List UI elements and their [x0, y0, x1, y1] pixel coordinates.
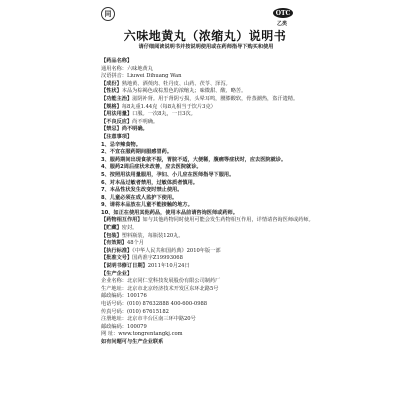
precautions-header: 【注意事项】 [101, 134, 316, 142]
precaution-item: 2、不宜在服药期间服感冒药。 [101, 149, 316, 157]
indications-row: 【功能主治】滋阴补肾。用于肾阴亏损，头晕耳鸣，腰膝酸软，骨蒸潮热，盗汗遗精。 [101, 96, 316, 104]
contra-row: 【禁忌】尚不明确。 [101, 126, 316, 134]
revision-label: 【说明书修订日期】 [101, 263, 148, 269]
precaution-item: 6、对本品过敏者禁用，过敏体质者慎用。 [101, 180, 316, 188]
validity-row: 【有效期】48个月 [101, 240, 316, 248]
indications-value: 滋阴补肾。用于肾阴亏损，头晕耳鸣，腰膝酸软，骨蒸潮热，盗汗遗精。 [132, 96, 298, 102]
document-title: 六味地黄丸（浓缩丸）说明书 [120, 27, 290, 44]
approval-row: 【批准文号】国药准字Z19993068 [101, 255, 316, 263]
drug-name-header: 【药品名称】 [101, 58, 316, 66]
phone-number: 电话号码：(010) 87632888 400-600-0988 [101, 301, 316, 309]
precaution-item: 5、按照用法用量服用，孕妇、小儿应在医师指导下服用。 [101, 172, 316, 180]
brand-logo-icon: 同 [101, 7, 115, 21]
standard-value: 《中华人民共和国药典》2010年版一部 [132, 248, 220, 254]
contact-note: 如有问题可与生产企业联系 [101, 339, 316, 347]
usage-label: 【用法用量】 [101, 111, 132, 117]
postcode: 邮政编码：100176 [101, 293, 316, 301]
contra-label: 【禁忌】 [101, 126, 122, 132]
precaution-item: 1、忌辛辣食物。 [101, 142, 316, 150]
validity-value: 48个月 [127, 240, 144, 246]
precaution-item: 4、服药2周后症状未改善，应去医院就诊。 [101, 164, 316, 172]
spec-label: 【规格】 [101, 104, 122, 110]
adverse-value: 尚不明确。 [132, 119, 158, 125]
indications-label: 【功能主治】 [101, 96, 132, 102]
approval-label: 【批准文号】 [101, 255, 132, 261]
interactions-label: 【药物相互作用】 [101, 217, 143, 223]
usage-value: 口服。一次8丸，一日3次。 [132, 111, 196, 117]
revision-value: 2011年10月24日 [148, 263, 190, 269]
interactions-value: 如与其他药物同时使用可能会发生药物相互作用，详情请咨询医师或药师。 [143, 217, 314, 223]
company-name: 企业名称：北京同仁堂科技发展股份有限公司制药厂 [101, 278, 316, 286]
ingredients-value: 熟地黄、酒萸肉、牡丹皮、山药、茯苓、泽泻。 [122, 81, 231, 87]
adverse-label: 【不良反应】 [101, 119, 132, 125]
standard-label: 【执行标准】 [101, 248, 132, 254]
spec-value: 每8丸重1.44克（每8丸相当于饮片3克） [122, 104, 216, 110]
package-value: 塑料瓶装，每瓶装120丸。 [122, 233, 184, 239]
registered-address: 注册地址：北京市丰台区南三环中路20号 [101, 316, 316, 324]
revision-row: 【说明书修订日期】2011年10月24日 [101, 263, 316, 271]
precaution-item: 7、本品性状发生改变时禁止使用。 [101, 187, 316, 195]
otc-class-label: 乙类 [277, 20, 287, 27]
interactions-row: 【药物相互作用】如与其他药物同时使用可能会发生药物相互作用，详情请咨询医师或药师… [101, 217, 316, 225]
precaution-item: 9、请将本品放在儿童不能接触的地方。 [101, 202, 316, 210]
storage-label: 【贮藏】 [101, 225, 122, 231]
leaflet-body: 【药品名称】 通用名称：六味地黄丸 汉语拼音：Liuwei Dihuang Wa… [101, 58, 316, 347]
properties-value: 本品为棕褐色或棕黑色的浓缩丸；味微甜、酸、略苦。 [122, 88, 247, 94]
validity-label: 【有效期】 [101, 240, 127, 246]
website: 网 址：www.tongrentangkj.com [101, 331, 316, 339]
package-label: 【包装】 [101, 233, 122, 239]
pinyin-name: 汉语拼音：Liuwei Dihuang Wan [101, 73, 316, 81]
ingredients-label: 【成份】 [101, 81, 122, 87]
properties-row: 【性状】本品为棕褐色或棕黑色的浓缩丸；味微甜、酸、略苦。 [101, 88, 316, 96]
storage-row: 【贮藏】密封。 [101, 225, 316, 233]
approval-value: 国药准字Z19993068 [132, 255, 183, 261]
usage-row: 【用法用量】口服。一次8丸，一日3次。 [101, 111, 316, 119]
contra-value: 尚不明确。 [122, 126, 148, 132]
properties-label: 【性状】 [101, 88, 122, 94]
storage-value: 密封。 [122, 225, 138, 231]
document-subtitle: 请仔细阅读说明书并按说明使用或在药师指导下购买和使用 [118, 43, 294, 50]
otc-badge: OTC [273, 8, 293, 18]
